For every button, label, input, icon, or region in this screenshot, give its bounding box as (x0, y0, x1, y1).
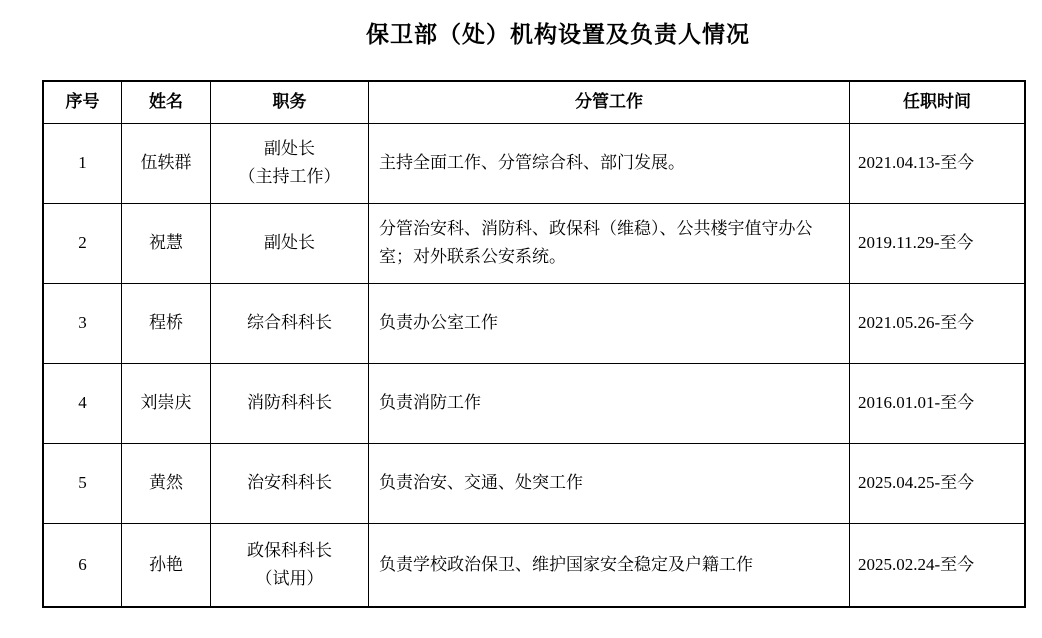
cell-position: 综合科科长 (211, 283, 369, 363)
table-row: 6孙艳政保科科长 （试用）负责学校政治保卫、维护国家安全稳定及户籍工作2025.… (43, 523, 1025, 607)
column-header-duties: 分管工作 (369, 81, 850, 123)
table-row: 2祝慧副处长分管治安科、消防科、政保科（维稳）、公共楼宇值守办公室；对外联系公安… (43, 203, 1025, 283)
table-body: 1伍轶群副处长 （主持工作）主持全面工作、分管综合科、部门发展。2021.04.… (43, 123, 1025, 607)
cell-index: 6 (43, 523, 122, 607)
cell-tenure: 2025.04.25-至今 (850, 443, 1026, 523)
cell-index: 5 (43, 443, 122, 523)
cell-duties: 负责办公室工作 (369, 283, 850, 363)
column-header-tenure: 任职时间 (850, 81, 1026, 123)
table-row: 1伍轶群副处长 （主持工作）主持全面工作、分管综合科、部门发展。2021.04.… (43, 123, 1025, 203)
table-row: 3程桥综合科科长负责办公室工作2021.05.26-至今 (43, 283, 1025, 363)
cell-duties: 负责消防工作 (369, 363, 850, 443)
cell-tenure: 2016.01.01-至今 (850, 363, 1026, 443)
cell-duties: 分管治安科、消防科、政保科（维稳）、公共楼宇值守办公室；对外联系公安系统。 (369, 203, 850, 283)
cell-name: 程桥 (122, 283, 211, 363)
column-header-position: 职务 (211, 81, 369, 123)
table-header-row: 序号姓名职务分管工作任职时间 (43, 81, 1025, 123)
cell-tenure: 2019.11.29-至今 (850, 203, 1026, 283)
cell-position: 副处长 (211, 203, 369, 283)
cell-name: 祝慧 (122, 203, 211, 283)
cell-duties: 负责学校政治保卫、维护国家安全稳定及户籍工作 (369, 523, 850, 607)
page-title: 保卫部（处）机构设置及负责人情况 (42, 16, 1012, 49)
cell-index: 4 (43, 363, 122, 443)
table-header: 序号姓名职务分管工作任职时间 (43, 81, 1025, 123)
cell-name: 刘崇庆 (122, 363, 211, 443)
cell-name: 黄然 (122, 443, 211, 523)
document-page: 保卫部（处）机构设置及负责人情况 序号姓名职务分管工作任职时间 1伍轶群副处长 … (0, 0, 1042, 638)
cell-tenure: 2021.05.26-至今 (850, 283, 1026, 363)
cell-name: 孙艳 (122, 523, 211, 607)
column-header-name: 姓名 (122, 81, 211, 123)
column-header-index: 序号 (43, 81, 122, 123)
cell-position: 消防科科长 (211, 363, 369, 443)
cell-duties: 主持全面工作、分管综合科、部门发展。 (369, 123, 850, 203)
table-row: 5黄然治安科科长负责治安、交通、处突工作2025.04.25-至今 (43, 443, 1025, 523)
cell-position: 政保科科长 （试用） (211, 523, 369, 607)
cell-position: 治安科科长 (211, 443, 369, 523)
cell-name: 伍轶群 (122, 123, 211, 203)
cell-tenure: 2021.04.13-至今 (850, 123, 1026, 203)
table-row: 4刘崇庆消防科科长负责消防工作2016.01.01-至今 (43, 363, 1025, 443)
cell-index: 3 (43, 283, 122, 363)
org-table: 序号姓名职务分管工作任职时间 1伍轶群副处长 （主持工作）主持全面工作、分管综合… (42, 80, 1026, 608)
cell-tenure: 2025.02.24-至今 (850, 523, 1026, 607)
cell-index: 2 (43, 203, 122, 283)
cell-position: 副处长 （主持工作） (211, 123, 369, 203)
cell-index: 1 (43, 123, 122, 203)
cell-duties: 负责治安、交通、处突工作 (369, 443, 850, 523)
